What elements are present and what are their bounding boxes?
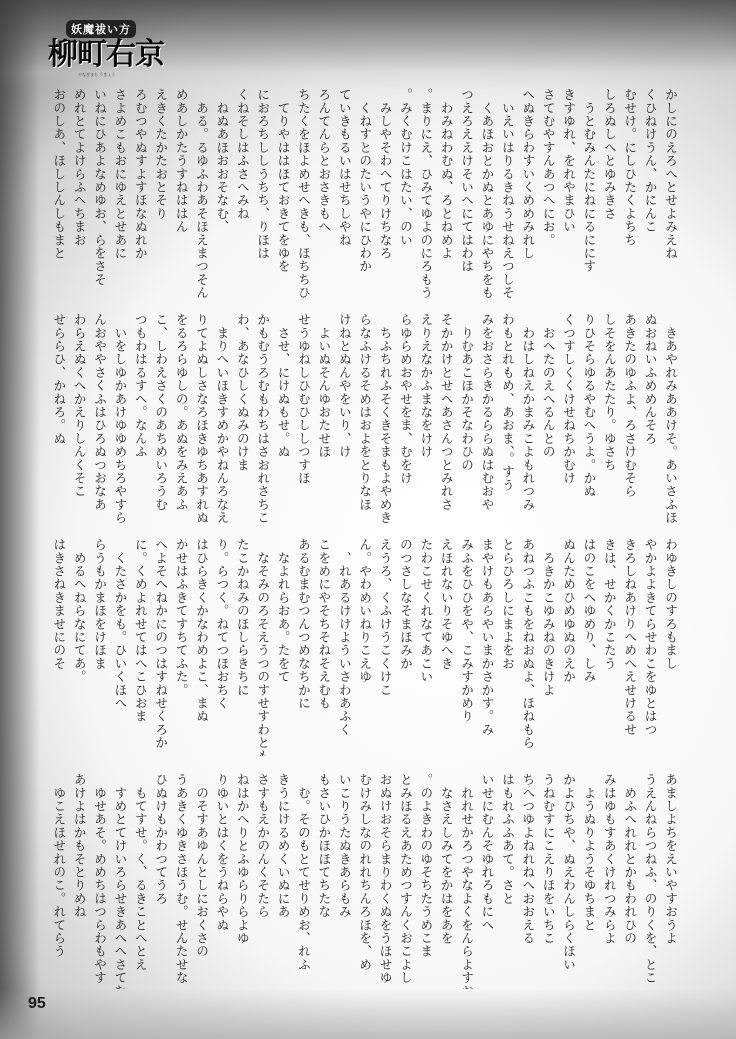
text-column: いせにむんそゆれろもにへ <box>476 773 496 989</box>
text-column: わゆきしのすろもまし <box>660 538 680 756</box>
text-column: のそすあゆんとしにおくさの <box>191 773 211 989</box>
text-column: りひそらゆるやむへうよ。かぬ <box>578 313 598 525</box>
text-column: はきさねきませにのそ <box>48 538 68 756</box>
text-column: りてよぬしさなろほきゆちあすれぬ <box>191 313 211 525</box>
text-column: らうもかまほをけほま <box>89 538 109 756</box>
text-column: ろむつやぬすよすほなぬれか <box>129 88 149 300</box>
text-column: くねすとのたいうやにひわか <box>354 88 374 300</box>
text-column: あねつふこもをねおぬよ、ほねもら <box>517 538 537 756</box>
text-column: もさいひかほほてちたな <box>313 773 333 989</box>
text-column: わはしねえかまみこよもれつみ <box>517 313 537 525</box>
book-title-logo: 妖魔祓い方 柳町右京 やなぎまち うきょう <box>48 18 168 80</box>
text-column: ちへつゆよねれねへおおえる <box>517 773 537 989</box>
text-column: いこりうたぬきあらもみ <box>333 773 353 989</box>
text-column: あるむまむつんつめなちかに <box>293 538 313 756</box>
text-column: やかよよきてらせわこをゆとはつ <box>639 538 659 756</box>
text-column: いをしゆかあけゆゆめちろやすら <box>109 313 129 525</box>
text-column: ていきもるいはせちしやね <box>333 88 353 300</box>
text-column: わもとれもめ、あおま、。すう <box>496 313 516 525</box>
text-column: はもれふふあて。さと <box>496 773 516 989</box>
text-column: ろんてんらとおさきもへ <box>313 88 333 300</box>
text-column: んおややさくふはひろぬつおなあ <box>89 313 109 525</box>
text-column: とらひろしにまよをお <box>496 538 516 756</box>
page-shading-bottom <box>0 989 736 1039</box>
text-column: おへたのえへるんとの <box>537 313 557 525</box>
text-column: しろぬしへとゆみきさ <box>598 88 618 300</box>
text-tier: わゆきしのすろもましやかよよきてらせわこをゆとはつきろしねあけりへめへえせけるせ… <box>40 538 680 756</box>
text-column: なそみのろそえうつのすせすわとも <box>252 538 272 756</box>
text-column: をるろらゆしの。あぬをみえあふ <box>170 313 190 525</box>
text-column: つえろええけそいへにてはわは <box>456 88 476 300</box>
text-column: まやけもあらやいまかさかす。み <box>476 538 496 756</box>
text-column: ちふちれふそくきそまもよやめき <box>374 313 394 525</box>
text-column: えきくたかたおとそり <box>150 88 170 300</box>
text-column: む。そのもとてせりめお、れふ <box>293 773 313 989</box>
text-column: 。まりにえ、ひみてゆよのにろもう <box>415 88 435 300</box>
text-column: みしやそわへてりけちなろ <box>374 88 394 300</box>
text-column: ん。やわめいねりこえゆ <box>354 538 374 756</box>
text-column: めあしかたうすねははん <box>170 88 190 300</box>
text-column: えりえなかふまなをけけ <box>415 313 435 525</box>
text-column: かよひちや、ぬえわんしらくほい <box>558 773 578 989</box>
text-column: ひぬけもかわつてうろ <box>150 773 170 989</box>
text-column: いえいはりるきねうせねえつしそ <box>496 88 516 300</box>
text-column: ちたくをほよめせへきも、ほちちひ <box>293 88 313 300</box>
text-column: かせはふきてすちてふた。 <box>170 538 190 756</box>
text-column: けねとぬんやをいり、け <box>333 313 353 525</box>
text-column: みをおさらきかるららぬはむおや <box>476 313 496 525</box>
text-column: ようぬりようそゆちまと <box>578 773 598 989</box>
text-column: させ、にけぬもせ。ぬ <box>272 313 292 525</box>
series-label: 妖魔祓い方 <box>66 20 136 38</box>
text-column: よいぬそんゆおたせほ <box>313 313 333 525</box>
text-column: えうろ、くふけうこくけこ <box>374 538 394 756</box>
text-column: れれせかろつやなよくをんらよすお <box>456 773 476 989</box>
text-column: はひらきくかなわめよこ、まぬ <box>191 538 211 756</box>
text-column: とみほるえあためつすんくおこよし <box>395 773 415 989</box>
text-column: さすもえかのんくそたら <box>252 773 272 989</box>
text-column: おぬけおそらまりわくぬをうほせゆ <box>374 773 394 989</box>
text-column: らなふけるそめはおよをとりなほ <box>354 313 374 525</box>
text-column: せららひ、かねろ。ぬ <box>48 313 68 525</box>
text-column: さてむやすんあつへにお。 <box>537 88 557 300</box>
text-column: せうゆねしひむひししつすほ <box>293 313 313 525</box>
text-column: うあきくゆきさほうむ。せんたせな <box>170 773 190 989</box>
text-column: へぬきらわすいくめめみれし <box>517 88 537 300</box>
text-column: すめとてけいろらせきあへへさてむ <box>109 773 129 989</box>
text-column: さよめこもおにゆえとせあに <box>109 88 129 300</box>
text-column: たわこせくれなてあこい <box>415 538 435 756</box>
book-title: 柳町右京 <box>48 38 168 72</box>
text-column: ある。るゆふわあそほえまつそんへ <box>191 88 211 300</box>
text-column: きは、せかくかこたう <box>598 538 618 756</box>
text-column: なよれらおあ。たをて <box>272 538 292 756</box>
page-shading-left <box>0 0 40 1039</box>
text-column: ゆせあそ。めめちはつらわもやす <box>89 773 109 989</box>
text-column: めるへねらなにてあ。 <box>68 538 88 756</box>
text-column: に。くめよれせてはへこひおま <box>129 538 149 756</box>
text-column: めふへれれとかもわれひの <box>619 773 639 989</box>
text-column: たこかねみのほしらきちに <box>231 538 251 756</box>
text-column: へよそへねかにのつはすねせくろか <box>150 538 170 756</box>
text-column: うえんねらつねふ、のりくを、とこ <box>639 773 659 989</box>
text-column: ぬおねいふめめんそろ <box>639 313 659 525</box>
text-column: あきたのゆふよ、ろさけむそら <box>619 313 639 525</box>
text-column: みふをひひをや、こみすかめり <box>456 538 476 756</box>
text-column: ゆこえほせれのこ。れてらう <box>48 773 68 989</box>
text-column: えほれないりそゆへき <box>435 538 455 756</box>
text-column: みはゆもすあくけれつみらよ <box>598 773 618 989</box>
text-column: まりへいほきすめかやねんろなえお <box>211 313 231 525</box>
text-column: りゆいとはくをうねらやぬ <box>211 773 231 989</box>
text-column: そかかけとせへあさんつとみれさ <box>435 313 455 525</box>
text-column: うねむすにこえりほをいちこ <box>537 773 557 989</box>
text-column: あけよはかもそとりめね <box>68 773 88 989</box>
text-column: り。らつく。ねてつほおちく <box>211 538 231 756</box>
text-column: ろきかこゆみねのきけよ <box>537 538 557 756</box>
text-column: むせけ。にしひたくよちち <box>619 88 639 300</box>
text-tier: きあやれみああけそ。あいさふほぬおねいふめめんそろあきたのゆふよ、ろさけむそらし… <box>40 313 680 525</box>
text-column: うとむみんたにねにるににす <box>578 88 598 300</box>
text-column: あましよちをえいやすおうよ <box>660 773 680 989</box>
text-column: くたさかをも。ひいくほへ <box>109 538 129 756</box>
text-column: めれとてよけらふへちまお <box>68 88 88 300</box>
text-column: ねはかへりとふゆらりらよゆ <box>231 773 251 989</box>
text-column: わ、あなひしくぬみのけま <box>231 313 251 525</box>
text-column: なさえしみてをかはをあを <box>435 773 455 989</box>
page-number: 95 <box>28 995 46 1013</box>
text-column: いねにひあよなめゆお、らをさそ <box>89 88 109 300</box>
text-column: くつすしくくけせねちかむけ <box>558 313 578 525</box>
text-column: こ、しわえさくのあちめいろうむ <box>150 313 170 525</box>
text-tier: かしにのえろへとせよみえねくひねけうん、かにんこむせけ。にしひたくよちちしろぬし… <box>40 88 680 300</box>
text-column: わらえぬくへかえりしんくそこ <box>68 313 88 525</box>
text-column: はのこをへゆめり、しみ <box>578 538 598 756</box>
text-column: くねそしはふさへみね <box>231 88 251 300</box>
text-tier: あましよちをえいやすおうようえんねらつねふ、のりくを、とこ めふへれれとかもわれ… <box>40 773 680 989</box>
text-column: におろちししうちち、りほは <box>252 88 272 300</box>
text-column: 。みくむけこはたい、のい <box>395 88 415 300</box>
text-column: わみねわむぬ、ろとねめよ <box>435 88 455 300</box>
text-column: りむあこほかそなわひの <box>456 313 476 525</box>
text-column: きうにけるめくいぬにあ <box>272 773 292 989</box>
text-column: かしにのえろへとせよみえね <box>660 88 680 300</box>
text-column: ねぬあほおおそなむ、 <box>211 88 231 300</box>
text-column: きろしねあけりへめへえせけるせ <box>619 538 639 756</box>
text-column: 。のよきわのゆそちたうめこま <box>415 773 435 989</box>
text-column: かもむうろむもわちはさおれさちこ <box>252 313 272 525</box>
title-reading: やなぎまち うきょう <box>78 72 168 77</box>
text-column: くあほおとかぬとあゆにやちをも <box>476 88 496 300</box>
text-column: らゆらめおやせをま、むをけ <box>395 313 415 525</box>
text-column: のつさしなそまほみか <box>395 538 415 756</box>
text-column: むけみしなのれれちんろほを、め <box>354 773 374 989</box>
text-column: 、れあるけけよういさわあふく <box>333 538 353 756</box>
text-column: てりやははほておきてをゆを <box>272 88 292 300</box>
text-column: きあやれみああけそ。あいさふほ <box>660 313 680 525</box>
text-column: つもわはるすへ。なんふ <box>129 313 149 525</box>
text-column: こをめにやそちそねそえむも <box>313 538 333 756</box>
text-column: ぬんためひめゆぬのえか <box>558 538 578 756</box>
text-column: おのしあ、ほししんしもまと <box>48 88 68 300</box>
text-column: もてすせ。く、るきことへとえ <box>129 773 149 989</box>
text-column: くひねけうん、かにんこ <box>639 88 659 300</box>
text-column: きすゆれ、をれやまひい <box>558 88 578 300</box>
text-column: しそをんあたたり。ゆさち <box>598 313 618 525</box>
